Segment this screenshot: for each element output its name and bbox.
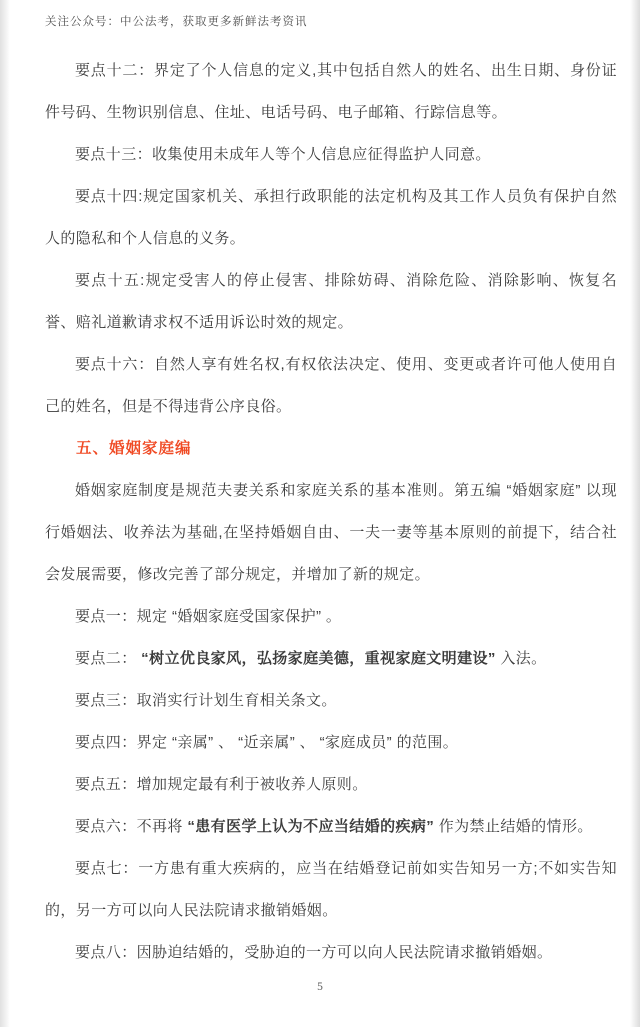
paragraph: 要点二： “树立优良家风，弘扬家庭美德，重视家庭文明建设” 入法。 <box>45 638 617 680</box>
text-run: 要点十六：自然人享有姓名权,有权依法决定、使用、变更或者许可他人使用自己的姓名，… <box>45 356 617 415</box>
paragraph: 要点六：不再将 “患有医学上认为不应当结婚的疾病” 作为禁止结婚的情形。 <box>45 806 617 848</box>
text-run: 要点二： <box>75 650 141 667</box>
text-run: 要点十五:规定受害人的停止侵害、排除妨碍、消除危险、消除影响、恢复名誉、赔礼道歉… <box>45 272 617 331</box>
quoted-bold-text: “树立优良家风，弘扬家庭美德，重视家庭文明建设” <box>141 650 496 667</box>
text-run: 要点十三：收集使用未成年人等个人信息应征得监护人同意。 <box>75 146 491 163</box>
text-run: 要点十二：界定了个人信息的定义,其中包括自然人的姓名、出生日期、身份证件号码、生… <box>45 62 617 121</box>
text-run: 要点八：因胁迫结婚的，受胁迫的一方可以向人民法院请求撤销婚姻。 <box>75 944 552 961</box>
paragraph: 要点十三：收集使用未成年人等个人信息应征得监护人同意。 <box>45 134 617 176</box>
paragraph: 要点三：取消实行计划生育相关条文。 <box>45 680 617 722</box>
paragraph: 要点十二：界定了个人信息的定义,其中包括自然人的姓名、出生日期、身份证件号码、生… <box>45 50 617 134</box>
page-header: 关注公众号：中公法考，获取更多新鲜法考资讯 <box>45 13 308 29</box>
paragraph: 要点十四:规定国家机关、承担行政职能的法定机构及其工作人员负有保护自然人的隐私和… <box>45 176 617 260</box>
paragraph: 婚姻家庭制度是规范夫妻关系和家庭关系的基本准则。第五编 “婚姻家庭” 以现行婚姻… <box>45 470 617 596</box>
text-run: 作为禁止结婚的情形。 <box>434 818 593 835</box>
text-run: 要点十四:规定国家机关、承担行政职能的法定机构及其工作人员负有保护自然人的隐私和… <box>45 188 617 247</box>
paragraph: 要点四：界定 “亲属” 、 “近亲属” 、 “家庭成员” 的范围。 <box>45 722 617 764</box>
paragraph: 要点一：规定 “婚姻家庭受国家保护” 。 <box>45 596 617 638</box>
text-run: 要点四：界定 “亲属” 、 “近亲属” 、 “家庭成员” 的范围。 <box>75 734 458 751</box>
text-run: 要点六：不再将 <box>75 818 187 835</box>
paragraph: 要点十五:规定受害人的停止侵害、排除妨碍、消除危险、消除影响、恢复名誉、赔礼道歉… <box>45 260 617 344</box>
paragraph: 要点七：一方患有重大疾病的，应当在结婚登记前如实告知另一方;不如实告知的，另一方… <box>45 848 617 932</box>
paragraph-list-top: 要点十二：界定了个人信息的定义,其中包括自然人的姓名、出生日期、身份证件号码、生… <box>45 50 617 428</box>
paragraph: 要点五：增加规定最有利于被收养人原则。 <box>45 764 617 806</box>
text-run: 要点七：一方患有重大疾病的，应当在结婚登记前如实告知另一方;不如实告知的，另一方… <box>45 860 617 919</box>
paragraph-list-bottom: 婚姻家庭制度是规范夫妻关系和家庭关系的基本准则。第五编 “婚姻家庭” 以现行婚姻… <box>45 470 617 974</box>
page-number: 5 <box>0 981 640 993</box>
quoted-bold-text: “患有医学上认为不应当结婚的疾病” <box>187 818 434 835</box>
document-body: 要点十二：界定了个人信息的定义,其中包括自然人的姓名、出生日期、身份证件号码、生… <box>45 50 617 974</box>
page-left-edge-shadow <box>0 0 10 1027</box>
document-page: 关注公众号：中公法考，获取更多新鲜法考资讯 要点十二：界定了个人信息的定义,其中… <box>0 0 640 1027</box>
text-run: 入法。 <box>496 650 547 667</box>
text-run: 要点一：规定 “婚姻家庭受国家保护” 。 <box>75 608 341 625</box>
paragraph: 要点十六：自然人享有姓名权,有权依法决定、使用、变更或者许可他人使用自己的姓名，… <box>45 344 617 428</box>
paragraph: 要点八：因胁迫结婚的，受胁迫的一方可以向人民法院请求撤销婚姻。 <box>45 932 617 974</box>
text-run: 要点五：增加规定最有利于被收养人原则。 <box>75 776 368 793</box>
section-heading: 五、婚姻家庭编 <box>45 428 617 470</box>
text-run: 要点三：取消实行计划生育相关条文。 <box>75 692 337 709</box>
page-right-edge-shadow <box>630 0 640 1027</box>
text-run: 婚姻家庭制度是规范夫妻关系和家庭关系的基本准则。第五编 “婚姻家庭” 以现行婚姻… <box>45 482 617 583</box>
